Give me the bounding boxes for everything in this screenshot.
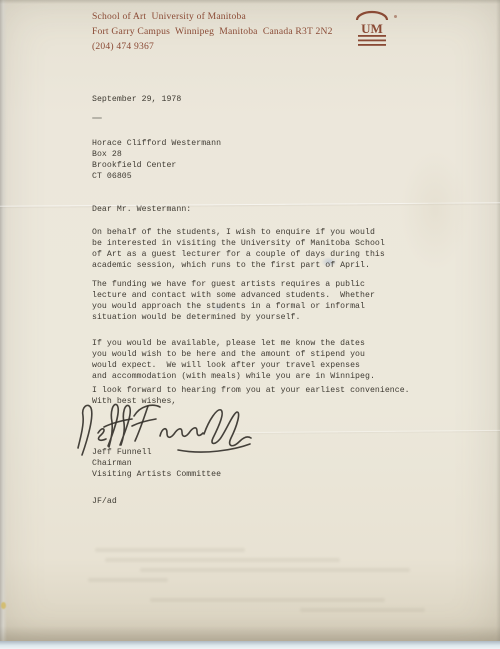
bleed-through-text bbox=[95, 548, 245, 552]
bleed-through-text bbox=[300, 608, 425, 612]
bleed-through-text bbox=[88, 578, 168, 582]
paper-stain bbox=[400, 150, 470, 270]
signer-name: Jeff Funnell bbox=[92, 448, 152, 457]
scan-edge-bottom-strip bbox=[0, 641, 500, 649]
signature-block: Jeff Funnell Chairman Visiting Artists C… bbox=[92, 448, 221, 481]
logo-text: UM bbox=[361, 21, 383, 36]
pencil-mark bbox=[92, 117, 102, 119]
scan-edge-top bbox=[0, 0, 500, 4]
typist-reference: JF/ad bbox=[92, 497, 117, 508]
recipient-address: Horace Clifford Westermann Box 28 Brookf… bbox=[92, 139, 221, 183]
letterhead-line3: (204) 474 9367 bbox=[92, 41, 154, 52]
letter-date: September 29, 1978 bbox=[92, 95, 181, 106]
paragraph-1: On behalf of the students, I wish to enq… bbox=[92, 228, 385, 272]
bleed-through-text bbox=[140, 568, 410, 572]
paragraph-2: The funding we have for guest artists re… bbox=[92, 280, 375, 324]
paragraph-3: If you would be available, please let me… bbox=[92, 339, 375, 383]
scan-edge-right bbox=[496, 0, 500, 649]
paper-speck bbox=[1, 602, 6, 609]
bleed-through-text bbox=[105, 558, 340, 562]
scan-edge-bottom-shadow bbox=[0, 626, 500, 642]
university-of-manitoba-logo-icon: UM bbox=[352, 10, 392, 48]
letterhead: School of Art University of Manitoba For… bbox=[92, 9, 333, 54]
signer-committee: Visiting Artists Committee bbox=[92, 470, 221, 479]
salutation: Dear Mr. Westermann: bbox=[92, 205, 191, 216]
paragraph-4: I look forward to hearing from you at yo… bbox=[92, 386, 410, 397]
signer-title: Chairman bbox=[92, 459, 132, 468]
letterhead-line2: Fort Garry Campus Winnipeg Manitoba Cana… bbox=[92, 26, 333, 37]
bleed-through-text bbox=[150, 598, 385, 602]
paper-crease-middle bbox=[235, 430, 500, 433]
scanned-letter: School of Art University of Manitoba For… bbox=[0, 0, 500, 649]
scan-edge-left bbox=[0, 0, 7, 649]
letterhead-line1: School of Art University of Manitoba bbox=[92, 11, 246, 22]
paper-speck bbox=[394, 15, 397, 18]
